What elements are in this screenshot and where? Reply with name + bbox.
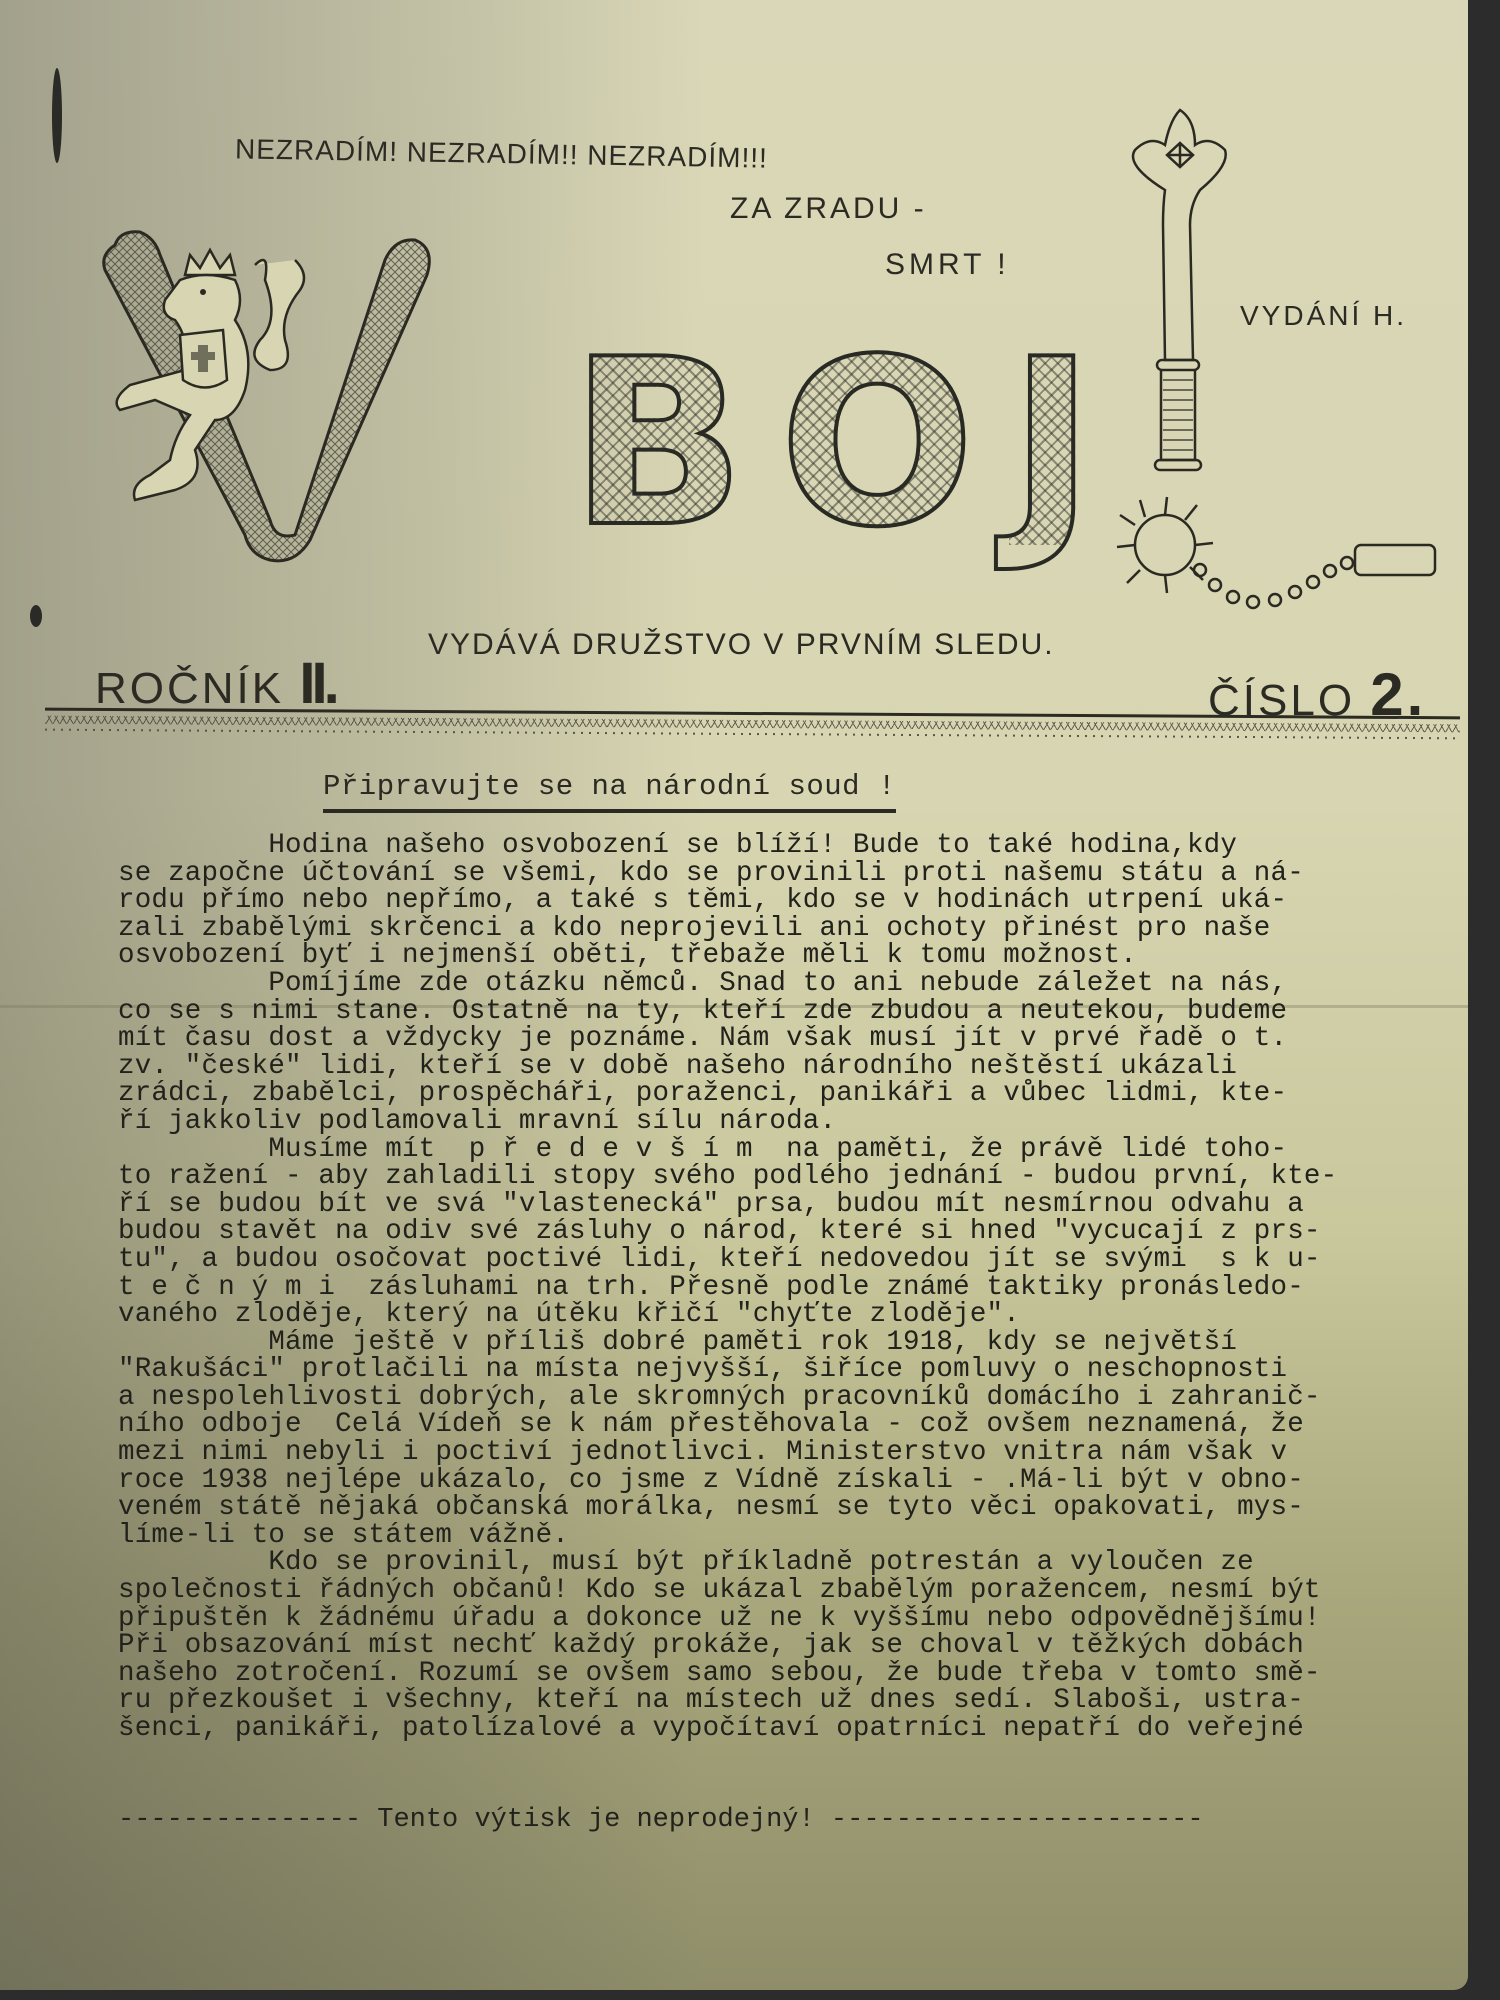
article-line: Musíme mít p ř e d e v š í m na paměti, …	[118, 1136, 1463, 1164]
article-line: a nespolehlivosti dobrých, ale skromných…	[118, 1384, 1463, 1412]
article-line: veném státě nějaká občanská morálka, nes…	[118, 1494, 1463, 1522]
article-line: co se s nimi stane. Ostatně na ty, kteří…	[118, 998, 1463, 1026]
masthead-title: B O J	[570, 345, 1094, 545]
article-line: ního odboje Celá Vídeň se k nám přestěho…	[118, 1411, 1463, 1439]
masthead-slogan-line1: ZA ZRADU -	[730, 192, 927, 226]
article-line: připuštěn k žádnému úřadu a dokonce už n…	[118, 1605, 1463, 1633]
article-line: Hodina našeho osvobození se blíží! Bude …	[118, 832, 1463, 860]
title-letter: J	[1009, 345, 1095, 545]
article-title: Připravujte se na národní soud !	[323, 770, 896, 813]
title-letter: O	[779, 345, 975, 545]
article-body: Hodina našeho osvobození se blíží! Bude …	[118, 832, 1463, 1743]
article-line: mezi nimi nebyli i poctiví jednotlivci. …	[118, 1439, 1463, 1467]
article-line: zali zbabělými skrčenci a kdo neprojevil…	[118, 915, 1463, 943]
article-line: Kdo se provinil, musí být příkladně potr…	[118, 1549, 1463, 1577]
article-line: roce 1938 nejlépe ukázalo, co jsme z Víd…	[118, 1467, 1463, 1495]
publisher-line: VYDÁVÁ DRUŽSTVO V PRVNÍM SLEDU.	[428, 628, 1055, 662]
article-line: vaného zloděje, který na útěku křičí "ch…	[118, 1301, 1463, 1329]
volume-label: ROČNÍK II.	[95, 650, 336, 717]
punch-hole-mark	[30, 605, 42, 627]
article-line: osvobození byť i nejmenší oběti, třebaže…	[118, 942, 1463, 970]
article-line: mít času dost a vždycky je poznáme. Nám …	[118, 1025, 1463, 1053]
article-line: ru přezkoušet i všechny, kteří na místec…	[118, 1687, 1463, 1715]
article-line: Pomíjíme zde otázku němců. Snad to ani n…	[118, 970, 1463, 998]
article-line: zrádci, zbabělci, prospěcháři, poraženci…	[118, 1080, 1463, 1108]
newspaper-page: NEZRADÍM! NEZRADÍM!! NEZRADÍM!!! ZA ZRAD…	[0, 0, 1468, 1990]
article-line: budou stavět na odiv své zásluhy o národ…	[118, 1218, 1463, 1246]
article-line: rodu přímo nebo nepřímo, a také s těmi, …	[118, 887, 1463, 915]
article-line: Máme ještě v příliš dobré paměti rok 191…	[118, 1329, 1463, 1357]
masthead-motto: NEZRADÍM! NEZRADÍM!! NEZRADÍM!!!	[235, 133, 768, 174]
masthead-slogan-line2: SMRT !	[885, 248, 1010, 282]
article-line: tu", a budou osočovat poctivé lidi, kteř…	[118, 1246, 1463, 1274]
article-line: "Rakušáci" protlačili na místa nejvyšší,…	[118, 1356, 1463, 1384]
article-line: šenci, panikáři, patolízalové a vypočíta…	[118, 1715, 1463, 1743]
article-line: líme-li to se státem vážně.	[118, 1522, 1463, 1550]
title-letter: B	[570, 345, 745, 545]
article-line: ří se budou bít ve svá "vlastenecká" prs…	[118, 1191, 1463, 1219]
article-line: ří jakkoliv podlamovali mravní sílu náro…	[118, 1108, 1463, 1136]
article-line: zv. "české" lidi, kteří se v době našeho…	[118, 1053, 1463, 1081]
article-line: se započne účtování se všemi, kdo se pro…	[118, 860, 1463, 888]
punch-hole-mark	[52, 68, 62, 163]
article-line: našeho zotročení. Rozumí se ovšem samo s…	[118, 1660, 1463, 1688]
not-for-sale-note: --------------- Tento výtisk je neprodej…	[118, 1805, 1204, 1835]
czech-lion-with-v-icon	[95, 220, 515, 570]
article-line: společnosti řádných občanů! Kdo se ukáza…	[118, 1577, 1463, 1605]
article-line: Při obsazování míst nechť každý prokáže,…	[118, 1632, 1463, 1660]
volume-number: II.	[299, 651, 335, 716]
article-line: t e č n ý m i zásluhami na trh. Přesně p…	[118, 1274, 1463, 1302]
article-line: to ražení - aby zahladili stopy svého po…	[118, 1163, 1463, 1191]
mace-and-flail-icon	[1105, 105, 1445, 615]
